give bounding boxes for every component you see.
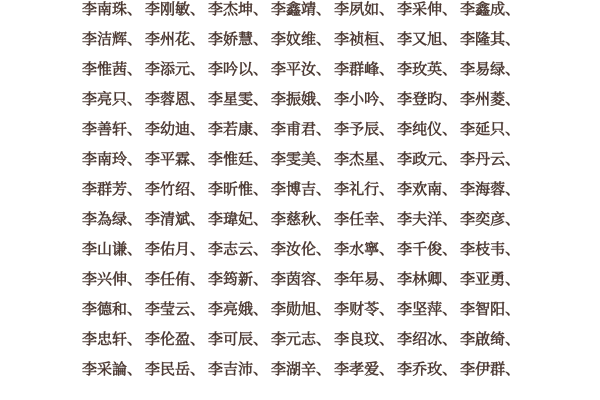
name-item: 李惟廷、 [208, 144, 268, 174]
name-row: 李兴伸、李任侑、李筠新、李茵容、李年易、李林卿、李亚勇、 [82, 264, 600, 294]
name-item: 李欢南、 [397, 174, 457, 204]
name-item: 李星雯、 [208, 84, 268, 114]
name-item: 李奕彦、 [460, 204, 520, 234]
name-item: 李群芳、 [82, 174, 142, 204]
name-item: 李乔玫、 [397, 354, 457, 384]
name-item: 李隆其、 [460, 24, 520, 54]
name-item: 李延只、 [460, 114, 520, 144]
name-item: 李祯桓、 [334, 24, 394, 54]
name-item: 李佑月、 [145, 234, 205, 264]
name-item: 李坚萍、 [397, 294, 457, 324]
name-item: 李兴伸、 [82, 264, 142, 294]
name-item: 李政元、 [397, 144, 457, 174]
name-item: 李筠新、 [208, 264, 268, 294]
name-item: 李振娥、 [271, 84, 331, 114]
name-item: 李元志、 [271, 324, 331, 354]
name-item: 李丹云、 [460, 144, 520, 174]
name-item: 李小吟、 [334, 84, 394, 114]
name-row: 李亮只、李蓉恩、李星雯、李振娥、李小吟、李登昀、李州菱、 [82, 84, 600, 114]
name-item: 李惟茜、 [82, 54, 142, 84]
name-item: 李慈秋、 [271, 204, 331, 234]
name-item: 李财苓、 [334, 294, 394, 324]
name-item: 李昕惟、 [208, 174, 268, 204]
name-item: 李任幸、 [334, 204, 394, 234]
name-item: 李吟以、 [208, 54, 268, 84]
name-item: 李竹绍、 [145, 174, 205, 204]
name-item: 李鑫靖、 [271, 0, 331, 24]
name-item: 李鑫成、 [460, 0, 520, 24]
name-item: 李亮娥、 [208, 294, 268, 324]
name-item: 李海蓉、 [460, 174, 520, 204]
name-item: 李伊群、 [460, 354, 520, 384]
name-item: 李為绿、 [82, 204, 142, 234]
name-row: 李惟茜、李添元、李吟以、李平汝、李群峰、李玫英、李易绿、 [82, 54, 600, 84]
page: { "page": { "background_color": "#ffffff… [0, 0, 600, 400]
name-item: 李夫洋、 [397, 204, 457, 234]
name-item: 李州菱、 [460, 84, 520, 114]
name-row: 李善轩、李幼迪、李若康、李甫君、李予辰、李纯仪、李延只、 [82, 114, 600, 144]
name-item: 李茵容、 [271, 264, 331, 294]
name-item: 李绍冰、 [397, 324, 457, 354]
name-item: 李纯仪、 [397, 114, 457, 144]
name-item: 李啟绮、 [460, 324, 520, 354]
name-item: 李平汝、 [271, 54, 331, 84]
name-row: 李山谦、李佑月、李志云、李汝伦、李水寧、李千俊、李枝韦、 [82, 234, 600, 264]
name-item: 李南玲、 [82, 144, 142, 174]
name-item: 李南珠、 [82, 0, 142, 24]
name-item: 李又旭、 [397, 24, 457, 54]
name-row: 李群芳、李竹绍、李昕惟、李博吉、李礼行、李欢南、李海蓉、 [82, 174, 600, 204]
name-item: 李若康、 [208, 114, 268, 144]
name-item: 李水寧、 [334, 234, 394, 264]
name-item: 李幼迪、 [145, 114, 205, 144]
name-item: 李礼行、 [334, 174, 394, 204]
name-item: 李可辰、 [208, 324, 268, 354]
name-item: 李瑋妃、 [208, 204, 268, 234]
name-row: 李采論、李民岳、李吉沛、李湖辛、李孝爱、李乔玫、李伊群、 [82, 354, 600, 384]
name-item: 李亮只、 [82, 84, 142, 114]
name-item: 李林卿、 [397, 264, 457, 294]
name-item: 李孝爱、 [334, 354, 394, 384]
name-item: 李蓉恩、 [145, 84, 205, 114]
name-item: 李伦盈、 [145, 324, 205, 354]
name-item: 李群峰、 [334, 54, 394, 84]
name-item: 李杰坤、 [208, 0, 268, 24]
name-item: 李妏维、 [271, 24, 331, 54]
name-item: 李忠轩、 [82, 324, 142, 354]
name-row: 李洁辉、李州花、李娇慧、李妏维、李祯桓、李又旭、李隆其、 [82, 24, 600, 54]
name-row: 李南珠、李刚敏、李杰坤、李鑫靖、李夙如、李采伸、李鑫成、 [82, 0, 600, 24]
name-item: 李莹云、 [145, 294, 205, 324]
name-item: 李汝伦、 [271, 234, 331, 264]
name-item: 李易绿、 [460, 54, 520, 84]
name-item: 李勋旭、 [271, 294, 331, 324]
name-item: 李予辰、 [334, 114, 394, 144]
name-item: 李雯美、 [271, 144, 331, 174]
name-row: 李為绿、李清斌、李瑋妃、李慈秋、李任幸、李夫洋、李奕彦、 [82, 204, 600, 234]
name-item: 李登昀、 [397, 84, 457, 114]
name-row: 李南玲、李平霖、李惟廷、李雯美、李杰星、李政元、李丹云、 [82, 144, 600, 174]
name-item: 李吉沛、 [208, 354, 268, 384]
name-item: 李采伸、 [397, 0, 457, 24]
name-item: 李年易、 [334, 264, 394, 294]
name-item: 李玫英、 [397, 54, 457, 84]
name-item: 李民岳、 [145, 354, 205, 384]
name-item: 李平霖、 [145, 144, 205, 174]
name-list: 李南珠、李刚敏、李杰坤、李鑫靖、李夙如、李采伸、李鑫成、李洁辉、李州花、李娇慧、… [0, 0, 600, 384]
name-item: 李德和、 [82, 294, 142, 324]
name-item: 李千俊、 [397, 234, 457, 264]
name-item: 李洁辉、 [82, 24, 142, 54]
name-item: 李娇慧、 [208, 24, 268, 54]
name-item: 李采論、 [82, 354, 142, 384]
name-item: 李夙如、 [334, 0, 394, 24]
name-item: 李湖辛、 [271, 354, 331, 384]
name-item: 李亚勇、 [460, 264, 520, 294]
name-item: 李清斌、 [145, 204, 205, 234]
name-item: 李州花、 [145, 24, 205, 54]
name-row: 李德和、李莹云、李亮娥、李勋旭、李财苓、李坚萍、李智阳、 [82, 294, 600, 324]
name-row: 李忠轩、李伦盈、李可辰、李元志、李良玟、李绍冰、李啟绮、 [82, 324, 600, 354]
name-item: 李志云、 [208, 234, 268, 264]
name-item: 李智阳、 [460, 294, 520, 324]
name-item: 李善轩、 [82, 114, 142, 144]
name-item: 李杰星、 [334, 144, 394, 174]
name-item: 李刚敏、 [145, 0, 205, 24]
name-item: 李枝韦、 [460, 234, 520, 264]
name-item: 李任侑、 [145, 264, 205, 294]
name-item: 李甫君、 [271, 114, 331, 144]
name-item: 李添元、 [145, 54, 205, 84]
name-item: 李博吉、 [271, 174, 331, 204]
name-item: 李山谦、 [82, 234, 142, 264]
name-item: 李良玟、 [334, 324, 394, 354]
